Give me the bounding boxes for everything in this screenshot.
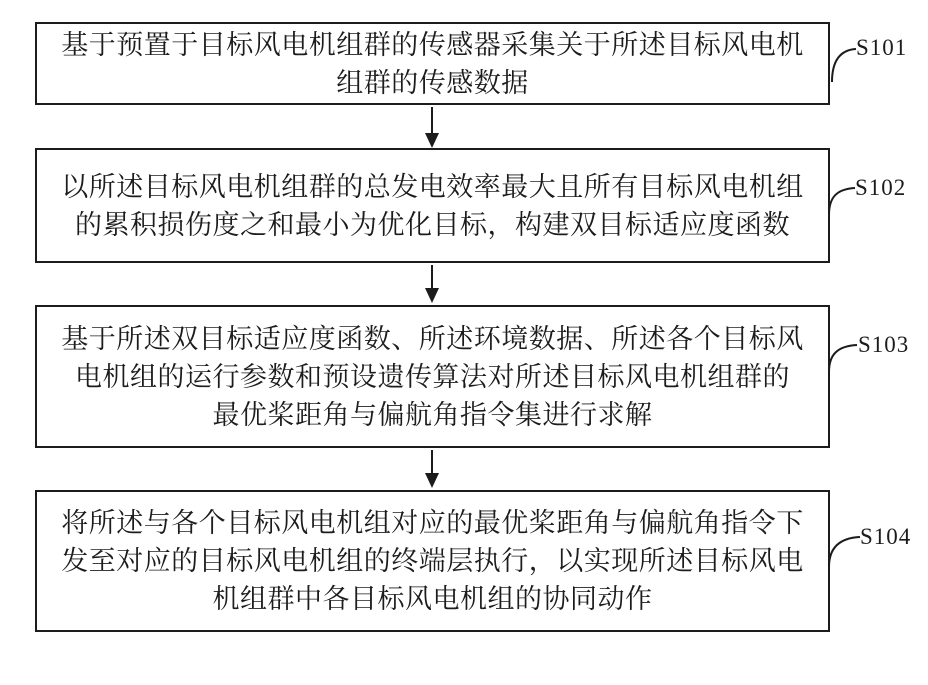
flow-arrow-3: [425, 450, 439, 488]
flow-step-2-text: 以所述目标风电机组群的总发电效率最大且所有目标风电机组 的累积损伤度之和最小为优…: [61, 168, 804, 244]
label-connector-s102: [829, 188, 855, 215]
flow-step-3-box: 基于所述双目标适应度函数、所述环境数据、所述各个目标风 电机组的运行参数和预设遗…: [35, 305, 830, 448]
flow-arrow-1: [425, 107, 439, 148]
flow-step-4-text: 将所述与各个目标风电机组对应的最优桨距角与偏航角指令下 发至对应的目标风电机组的…: [61, 504, 804, 618]
label-connector-s103: [829, 345, 857, 372]
step-label-s102: S102: [855, 176, 906, 199]
step-label-s104: S104: [860, 525, 911, 548]
flow-step-2-box: 以所述目标风电机组群的总发电效率最大且所有目标风电机组 的累积损伤度之和最小为优…: [35, 148, 830, 263]
flow-step-1-box: 基于预置于目标风电机组群的传感器采集关于所述目标风电机 组群的传感数据: [35, 22, 830, 105]
step-label-s103: S103: [858, 333, 909, 356]
label-connector-s101: [832, 49, 856, 82]
label-connector-s104: [829, 537, 860, 567]
flow-step-1-text: 基于预置于目标风电机组群的传感器采集关于所述目标风电机 组群的传感数据: [61, 26, 804, 102]
patent-flowchart-figure: 基于预置于目标风电机组群的传感器采集关于所述目标风电机 组群的传感数据 以所述目…: [0, 0, 928, 685]
flow-step-3-text: 基于所述双目标适应度函数、所述环境数据、所述各个目标风 电机组的运行参数和预设遗…: [61, 320, 804, 434]
flow-arrow-2: [425, 265, 439, 303]
step-label-s101: S101: [856, 36, 907, 59]
flow-step-4-box: 将所述与各个目标风电机组对应的最优桨距角与偏航角指令下 发至对应的目标风电机组的…: [35, 490, 830, 632]
